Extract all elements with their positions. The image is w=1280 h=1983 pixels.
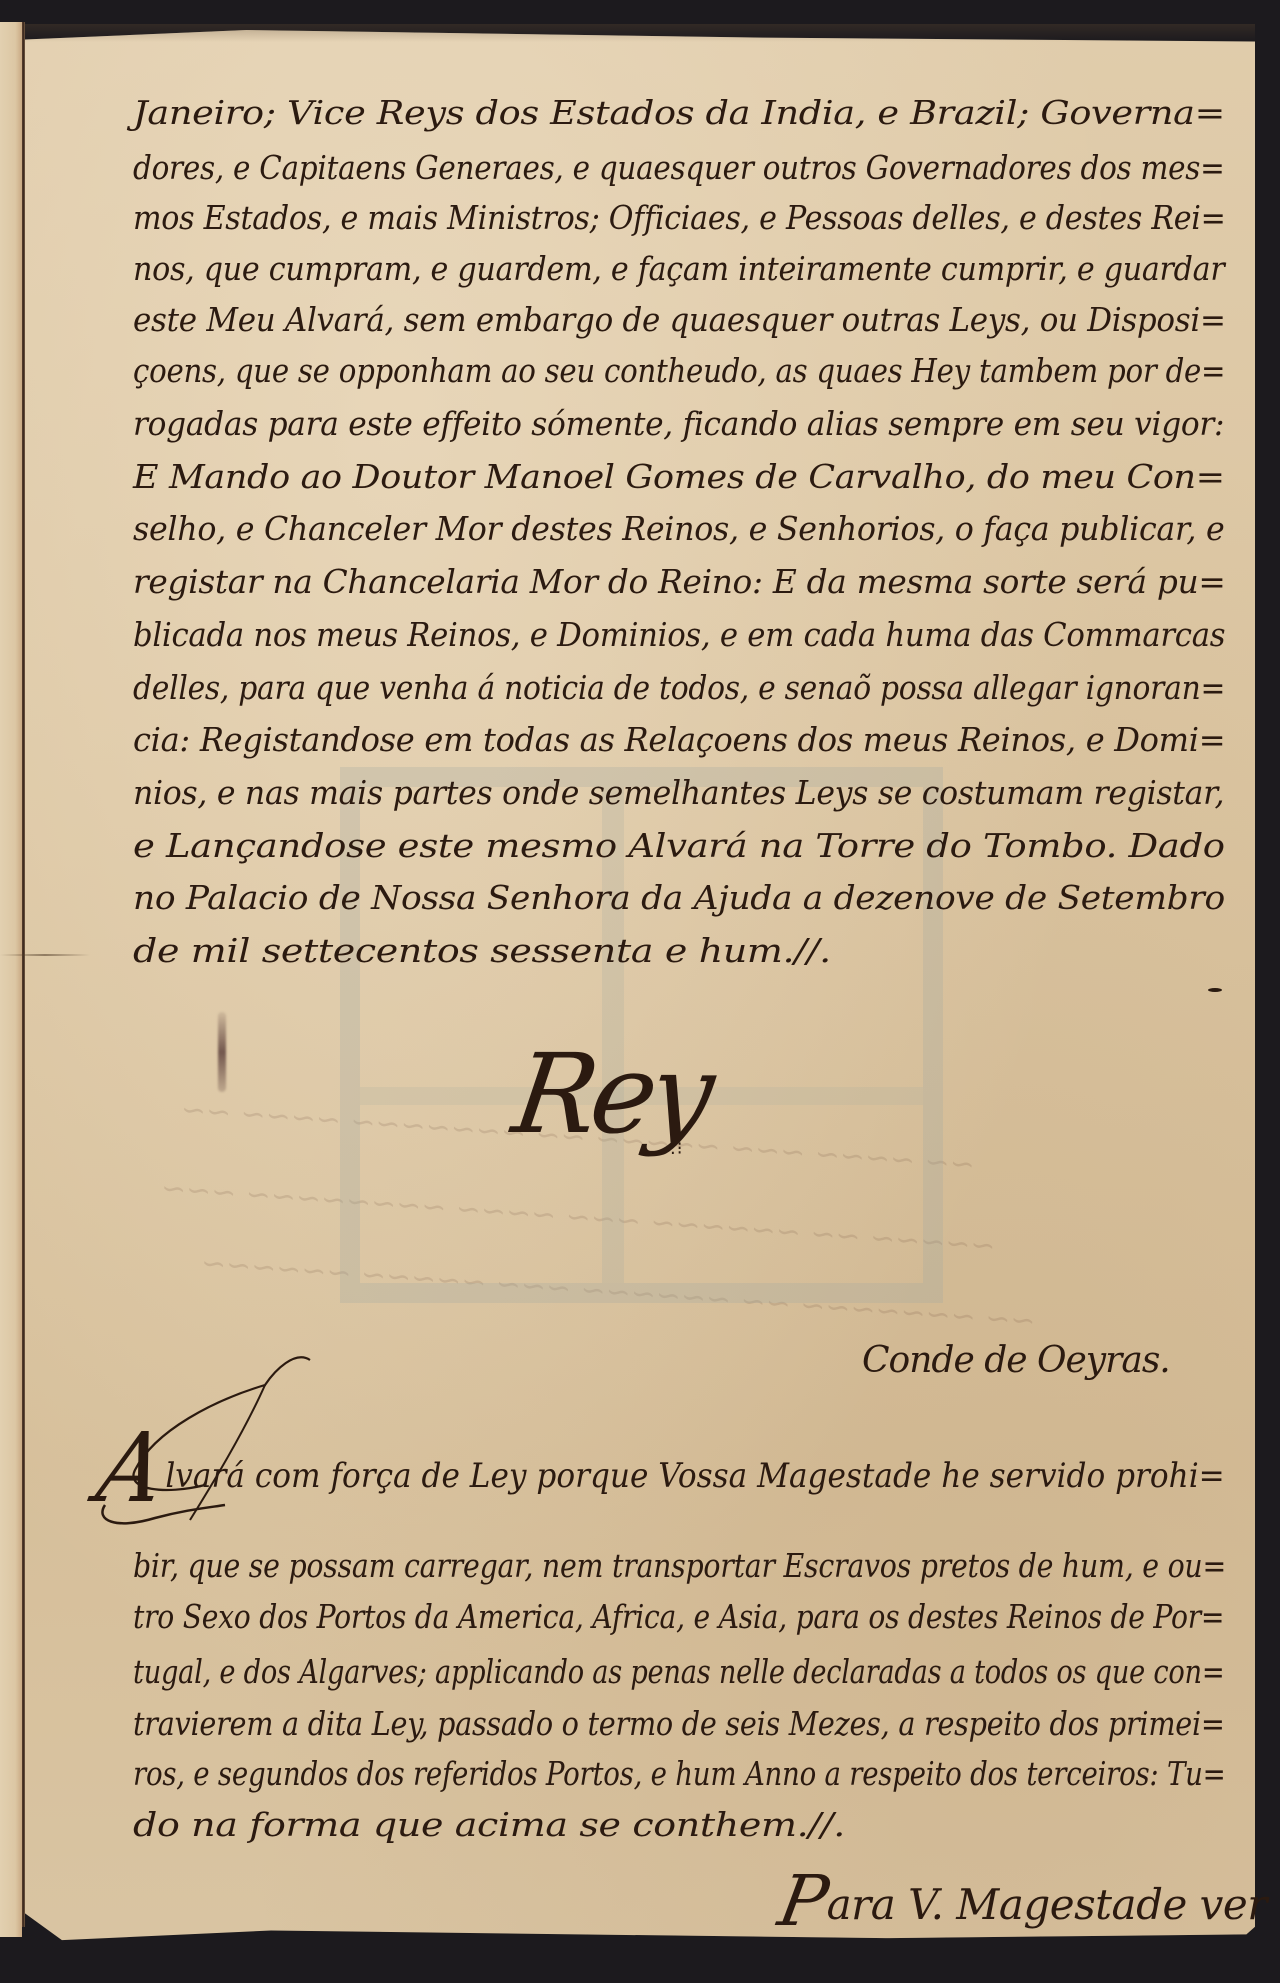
body-line-15: e Lançandose este mesmo Alvará na Torre …: [133, 826, 1225, 865]
royal-signature: Rey: [506, 1030, 716, 1158]
summary-line-3: tugal, e dos Algarves; applicando as pen…: [133, 1652, 1224, 1691]
body-line-17: de mil settecentos sessenta e hum.//.: [133, 931, 831, 970]
body-line-8: E Mando ao Doutor Manoel Gomes de Carval…: [133, 457, 1225, 496]
margin-dash-mark: [1208, 988, 1222, 992]
body-line-1: Janeiro; Vice Reys dos Estados da India,…: [133, 93, 1225, 132]
body-line-3: mos Estados, e mais Ministros; Officiaes…: [133, 198, 1226, 237]
document-viewer: ~~ ~~~~ ~~~ ~~~~~ ~~ ~~~~~~~ ~~~~ ~~ ~~~…: [0, 0, 1280, 1983]
summary-first-line: lvará com força de Ley porque Vossa Mage…: [165, 1456, 1224, 1496]
page-top-edge-shadow: [25, 24, 1255, 42]
summary-line-5: ros, e segundos dos referidos Portos, e …: [133, 1754, 1226, 1793]
closing-formula: Para V. Magestade ver: [780, 1860, 1267, 1942]
body-line-14: nios, e nas mais partes onde semelhantes…: [133, 773, 1224, 812]
body-line-5: este Meu Alvará, sem embargo de quaesque…: [133, 300, 1226, 339]
closing-initial: P: [773, 1860, 834, 1942]
summary-line-2: tro Sexo dos Portos da America, Africa, …: [133, 1597, 1224, 1636]
body-line-4: nos, que cumpram, e guardem, e façam int…: [133, 249, 1225, 288]
adjacent-left-page-edge: [0, 22, 22, 1937]
signature-dots: ⁚⁝: [670, 1138, 683, 1159]
page-gutter: [22, 22, 25, 1927]
closing-text: ara V. Magestade ver: [827, 1880, 1267, 1929]
body-line-10: registar na Chancelaria Mor do Reino: E …: [133, 562, 1226, 601]
decorated-initial: A: [91, 1420, 173, 1516]
summary-line-6: do na forma que acima se conthem.//.: [133, 1805, 845, 1844]
body-line-16: no Palacio de Nossa Senhora da Ajuda a d…: [133, 878, 1225, 917]
body-line-7: rogadas para este effeito sómente, fican…: [133, 404, 1224, 443]
ink-stain: [218, 1012, 226, 1092]
body-line-13: cia: Registandose em todas as Relaçoens …: [133, 720, 1225, 759]
summary-line-4: travierem a dita Ley, passado o termo de…: [133, 1704, 1225, 1743]
body-line-9: selho, e Chanceler Mor destes Reinos, e …: [133, 509, 1224, 548]
fold-crease-mark: [0, 954, 90, 956]
summary-heading: Alvará com força de Ley porque Vossa Mag…: [100, 1420, 1225, 1516]
body-line-6: çoens, que se opponham ao seu contheudo,…: [133, 351, 1225, 390]
body-line-11: blicada nos meus Reinos, e Dominios, e e…: [133, 615, 1225, 654]
body-line-2: dores, e Capitaens Generaes, e quaesquer…: [133, 148, 1225, 187]
summary-line-1: bir, que se possam carregar, nem transpo…: [133, 1546, 1226, 1585]
minister-signature: Conde de Oeyras.: [862, 1340, 1170, 1381]
body-line-12: delles, para que venha á noticia de todo…: [133, 668, 1225, 707]
